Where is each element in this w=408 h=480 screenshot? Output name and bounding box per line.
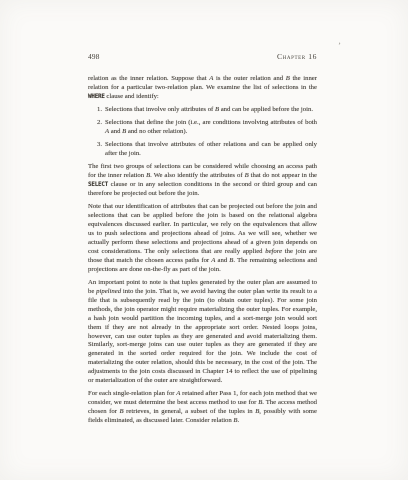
list-item-text: Selections that involve only attributes … <box>105 106 313 113</box>
page-header: 498 Chapter 16 <box>88 52 317 61</box>
list-item: 2. Selections that define the join (i.e.… <box>88 119 317 137</box>
list-item-number: 2. <box>97 119 102 128</box>
body-text: . <box>238 417 240 424</box>
keyword-text: SELECT <box>88 182 108 188</box>
page-number: 498 <box>88 52 99 61</box>
keyword-text: WHERE <box>88 94 105 100</box>
paragraph-pipelining: An important point to note is that tuple… <box>88 279 317 386</box>
list-item-text: Selections that define the join (i.e., a… <box>105 119 317 135</box>
list-item-number: 1. <box>97 106 102 115</box>
list-item-number: 3. <box>97 141 102 150</box>
paragraph-intro: relation as the inner relation. Suppose … <box>88 75 317 102</box>
body-text: relation as the inner relation. Suppose … <box>88 75 209 82</box>
book-page: 498 Chapter 16 ’ relation as the inner r… <box>0 0 408 480</box>
body-text: Selections that involve attributes of ot… <box>105 141 317 157</box>
list-item: 3. Selections that involve attributes of… <box>88 141 317 159</box>
paragraph-equivalences: Note that our identification of attribut… <box>88 203 317 274</box>
body-text: is the outer relation and <box>213 75 285 82</box>
body-text: that do not appear in the <box>249 172 317 179</box>
emphasis-text: pipelined <box>96 288 121 295</box>
emphasis-text: before <box>265 248 282 255</box>
body-text: Selections that involve only attributes … <box>105 106 215 113</box>
body-text: clause and identify: <box>105 93 159 100</box>
chapter-running-head: Chapter 16 <box>277 52 317 61</box>
body-text: and <box>109 128 122 135</box>
selection-list: 1. Selections that involve only attribut… <box>88 106 317 159</box>
list-item-text: Selections that involve attributes of ot… <box>105 141 317 157</box>
body-text: retrieves, in general, a subset of the t… <box>124 408 256 415</box>
body-text: clause or in any selection conditions in… <box>88 181 317 197</box>
body-text: and <box>215 257 229 264</box>
body-text: into the join. That is, we avoid having … <box>88 288 317 384</box>
page-body: relation as the inner relation. Suppose … <box>88 75 317 430</box>
body-text: and can be applied before the join. <box>219 106 313 113</box>
scan-artifact-mark: ’ <box>337 41 341 50</box>
body-text: and no other relation). <box>126 128 187 135</box>
body-text: Selections that define the join (i.e., a… <box>105 119 317 126</box>
list-item: 1. Selections that involve only attribut… <box>88 106 317 115</box>
body-text: For each single-relation plan for <box>88 390 176 397</box>
paragraph-single-relation-plan: For each single-relation plan for A reta… <box>88 390 317 426</box>
paragraph-access-path: The first two groups of selections can b… <box>88 163 317 199</box>
body-text: . We also identify the attributes of <box>150 172 244 179</box>
